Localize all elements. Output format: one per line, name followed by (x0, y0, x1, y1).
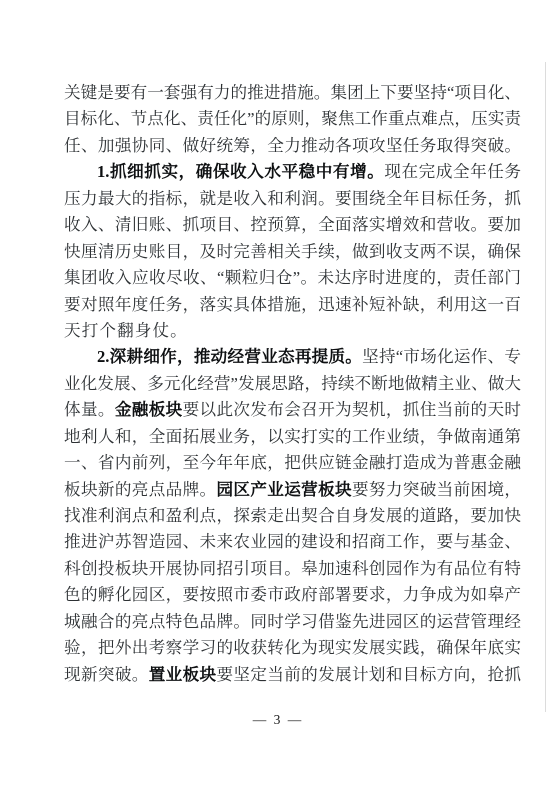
text-line: 目标化、节点化、责任化”的原则，聚焦工作重点难点，压实责 (64, 106, 521, 132)
text-segment: 任、加强协同、做好统筹，全力推动各项攻坚任务取得突破。 (64, 136, 521, 155)
text-line: 推进沪苏智造园、未来农业园的建设和招商工作，要与基金、 (64, 529, 521, 555)
text-line: 找准利润点和盈利点，探索走出契合自身发展的道路，要加快 (64, 503, 521, 529)
text-line: 城融合的亮点特色品牌。同时学习借鉴先进园区的运营管理经 (64, 609, 521, 635)
page-number: — 3 — (0, 712, 556, 728)
bold-text-segment: 园区产业运营板块 (216, 480, 352, 499)
text-line: 体量。金融板块要以此次发布会召开为契机，抓住当前的天时 (64, 397, 521, 423)
text-segment: 坚持“市场化运作、专 (362, 347, 521, 366)
text-segment: 快厘清历史账目，及时完善相关手续，做到收支两不误，确保 (64, 242, 521, 261)
text-line: 板块新的亮点品牌。园区产业运营板块要努力突破当前困境， (64, 477, 521, 503)
text-segment: 要以此次发布会召开为契机，抓住当前的天时 (183, 400, 521, 419)
text-segment: 验，把外出考察学习的收获转化为现实发展实践，确保年底实 (64, 638, 521, 657)
text-line: 任、加强协同、做好统筹，全力推动各项攻坚任务取得突破。 (64, 133, 521, 159)
text-segment: 城融合的亮点特色品牌。同时学习借鉴先进园区的运营管理经 (64, 612, 521, 631)
text-line: 关键是要有一套强有力的推进措施。集团上下要坚持“项目化、 (64, 80, 521, 106)
text-segment: 要努力突破当前困境， (352, 480, 521, 499)
text-segment: 体量。 (64, 400, 115, 419)
text-segment: 收入、清旧账、抓项目、控预算，全面落实增效和营收。要加 (64, 215, 521, 234)
text-segment: 压力最大的指标，就是收入和利润。要围绕全年目标任务，抓 (64, 189, 521, 208)
text-line: 要对照年度任务，落实具体措施，迅速补短补缺，利用这一百 (64, 292, 521, 318)
text-line: 业化发展、多元化经营”发展思路，持续不断地做精主业、做大 (64, 371, 521, 397)
bold-text-segment: 置业板块 (149, 665, 217, 684)
text-line: 1.抓细抓实，确保收入水平稳中有增。现在完成全年任务 (64, 159, 521, 185)
text-segment: 地利人和，全面拓展业务，以实打实的工作业绩，争做南通第 (64, 427, 521, 446)
text-segment: 要对照年度任务，落实具体措施，迅速补短补缺，利用这一百 (64, 295, 521, 314)
text-line: 验，把外出考察学习的收获转化为现实发展实践，确保年底实 (64, 635, 521, 661)
text-line: 色的孵化园区，要按照市委市政府部署要求，力争成为如皋产 (64, 582, 521, 608)
text-segment: 一、省内前列，至今年年底，把供应链金融打造成为普惠金融 (64, 453, 521, 472)
text-line: 快厘清历史账目，及时完善相关手续，做到收支两不误，确保 (64, 239, 521, 265)
document-body: 关键是要有一套强有力的推进措施。集团上下要坚持“项目化、目标化、节点化、责任化”… (64, 80, 521, 688)
text-line: 集团收入应收尽收、“颗粒归仓”。未达序时进度的，责任部门 (64, 265, 521, 291)
bold-text-segment: 1.抓细抓实，确保收入水平稳中有增。 (97, 162, 384, 181)
text-line: 科创投板块开展协同招引项目。皋加速科创园作为有品位有特 (64, 556, 521, 582)
text-line: 收入、清旧账、抓项目、控预算，全面落实增效和营收。要加 (64, 212, 521, 238)
text-segment: 色的孵化园区，要按照市委市政府部署要求，力争成为如皋产 (64, 585, 521, 604)
text-segment: 天打个翻身仗。 (64, 321, 188, 340)
bold-text-segment: 2.深耕细作，推动经营业态再提质。 (97, 347, 362, 366)
text-line: 现新突破。置业板块要坚定当前的发展计划和目标方向，抢抓 (64, 662, 521, 688)
text-line: 压力最大的指标，就是收入和利润。要围绕全年目标任务，抓 (64, 186, 521, 212)
text-line: 一、省内前列，至今年年底，把供应链金融打造成为普惠金融 (64, 450, 521, 476)
text-segment: 板块新的亮点品牌。 (64, 480, 216, 499)
page-edge-shadow (545, 62, 546, 712)
text-segment: 目标化、节点化、责任化”的原则，聚焦工作重点难点，压实责 (64, 109, 521, 128)
text-segment: 关键是要有一套强有力的推进措施。集团上下要坚持“项目化、 (64, 83, 521, 102)
bold-text-segment: 金融板块 (115, 400, 183, 419)
text-segment: 推进沪苏智造园、未来农业园的建设和招商工作，要与基金、 (64, 532, 521, 551)
text-line: 2.深耕细作，推动经营业态再提质。坚持“市场化运作、专 (64, 344, 521, 370)
text-segment: 要坚定当前的发展计划和目标方向，抢抓 (216, 665, 521, 684)
text-line: 天打个翻身仗。 (64, 318, 521, 344)
text-segment: 现新突破。 (64, 665, 149, 684)
text-segment: 现在完成全年任务 (384, 162, 521, 181)
text-line: 地利人和，全面拓展业务，以实打实的工作业绩，争做南通第 (64, 424, 521, 450)
document-page: 关键是要有一套强有力的推进措施。集团上下要坚持“项目化、目标化、节点化、责任化”… (0, 0, 556, 787)
text-segment: 业化发展、多元化经营”发展思路，持续不断地做精主业、做大 (64, 374, 521, 393)
text-segment: 集团收入应收尽收、“颗粒归仓”。未达序时进度的，责任部门 (64, 268, 521, 287)
text-segment: 科创投板块开展协同招引项目。皋加速科创园作为有品位有特 (64, 559, 521, 578)
text-segment: 找准利润点和盈利点，探索走出契合自身发展的道路，要加快 (64, 506, 521, 525)
